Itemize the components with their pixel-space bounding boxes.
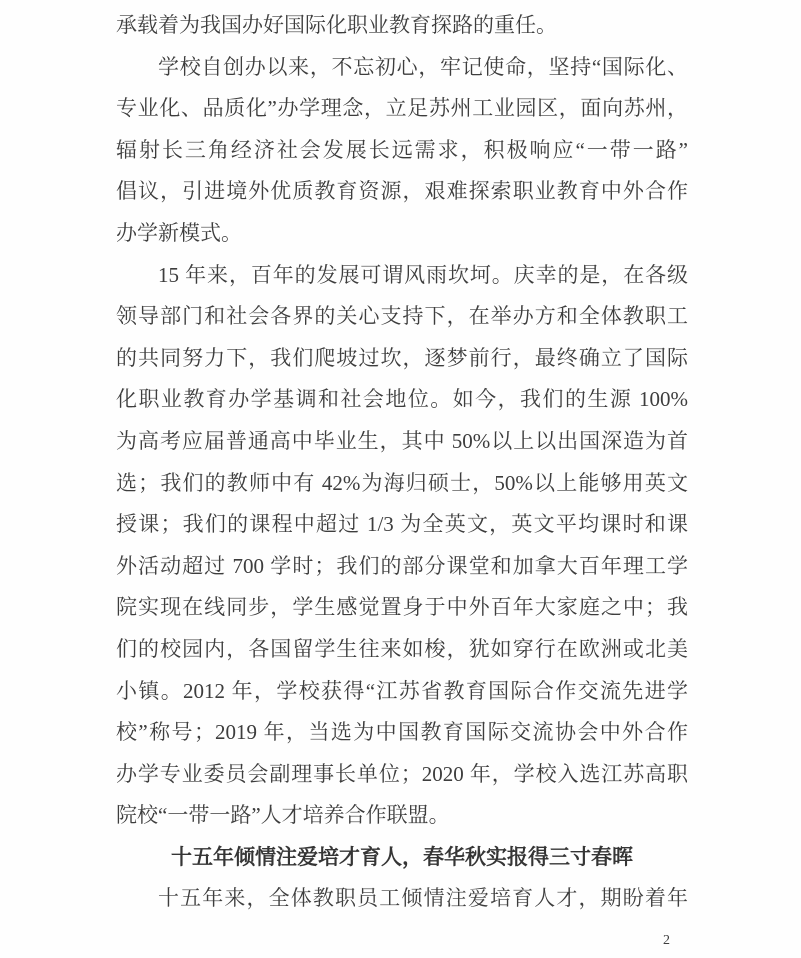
paragraph: 承载着为我国办好国际化职业教育探路的重任。 xyxy=(116,5,688,47)
section-heading: 十五年倾情注爱培才育人，春华秋实报得三寸春晖 xyxy=(116,837,688,879)
text-line: 学校自创办以来，不忘初心，牢记使命，坚持“国际化、 xyxy=(116,47,688,89)
text-line: 办学新模式。 xyxy=(116,213,688,255)
text-line: 十五年来，全体教职员工倾情注爱培育人才，期盼着年 xyxy=(116,878,688,920)
text-line: 授课；我们的课程中超过 1/3 为全英文，英文平均课时和课 xyxy=(116,504,688,546)
text-line: 小镇。2012 年，学校获得“江苏省教育国际合作交流先进学 xyxy=(116,671,688,713)
document-body: 承载着为我国办好国际化职业教育探路的重任。学校自创办以来，不忘初心，牢记使命，坚… xyxy=(116,5,688,920)
heading-line: 十五年倾情注爱培才育人，春华秋实报得三寸春晖 xyxy=(116,837,688,879)
text-line: 倡议，引进境外优质教育资源，艰难探索职业教育中外合作 xyxy=(116,171,688,213)
text-line: 外活动超过 700 学时；我们的部分课堂和加拿大百年理工学 xyxy=(116,546,688,588)
page-number: 2 xyxy=(663,932,670,950)
text-line: 的共同努力下，我们爬坡过坎，逐梦前行，最终确立了国际 xyxy=(116,338,688,380)
text-line: 们的校园内，各国留学生往来如梭，犹如穿行在欧洲或北美 xyxy=(116,629,688,671)
text-line: 院校“一带一路”人才培养合作联盟。 xyxy=(116,795,688,837)
text-line: 办学专业委员会副理事长单位；2020 年，学校入选江苏高职 xyxy=(116,754,688,796)
text-line: 院实现在线同步，学生感觉置身于中外百年大家庭之中；我 xyxy=(116,587,688,629)
paragraph: 十五年来，全体教职员工倾情注爱培育人才，期盼着年 xyxy=(116,878,688,920)
text-line: 领导部门和社会各界的关心支持下，在举办方和全体教职工 xyxy=(116,296,688,338)
text-line: 专业化、品质化”办学理念，立足苏州工业园区，面向苏州， xyxy=(116,88,688,130)
text-line: 承载着为我国办好国际化职业教育探路的重任。 xyxy=(116,5,688,47)
text-line: 15 年来，百年的发展可谓风雨坎坷。庆幸的是，在各级 xyxy=(116,255,688,297)
paragraph: 15 年来，百年的发展可谓风雨坎坷。庆幸的是，在各级领导部门和社会各界的关心支持… xyxy=(116,255,688,837)
text-line: 化职业教育办学基调和社会地位。如今，我们的生源 100% xyxy=(116,379,688,421)
document-page: 承载着为我国办好国际化职业教育探路的重任。学校自创办以来，不忘初心，牢记使命，坚… xyxy=(0,0,801,958)
text-line: 选；我们的教师中有 42%为海归硕士，50%以上能够用英文 xyxy=(116,463,688,505)
text-line: 校”称号；2019 年，当选为中国教育国际交流协会中外合作 xyxy=(116,712,688,754)
text-line: 辐射长三角经济社会发展长远需求，积极响应“一带一路” xyxy=(116,130,688,172)
paragraph: 学校自创办以来，不忘初心，牢记使命，坚持“国际化、专业化、品质化”办学理念，立足… xyxy=(116,47,688,255)
text-line: 为高考应届普通高中毕业生，其中 50%以上以出国深造为首 xyxy=(116,421,688,463)
